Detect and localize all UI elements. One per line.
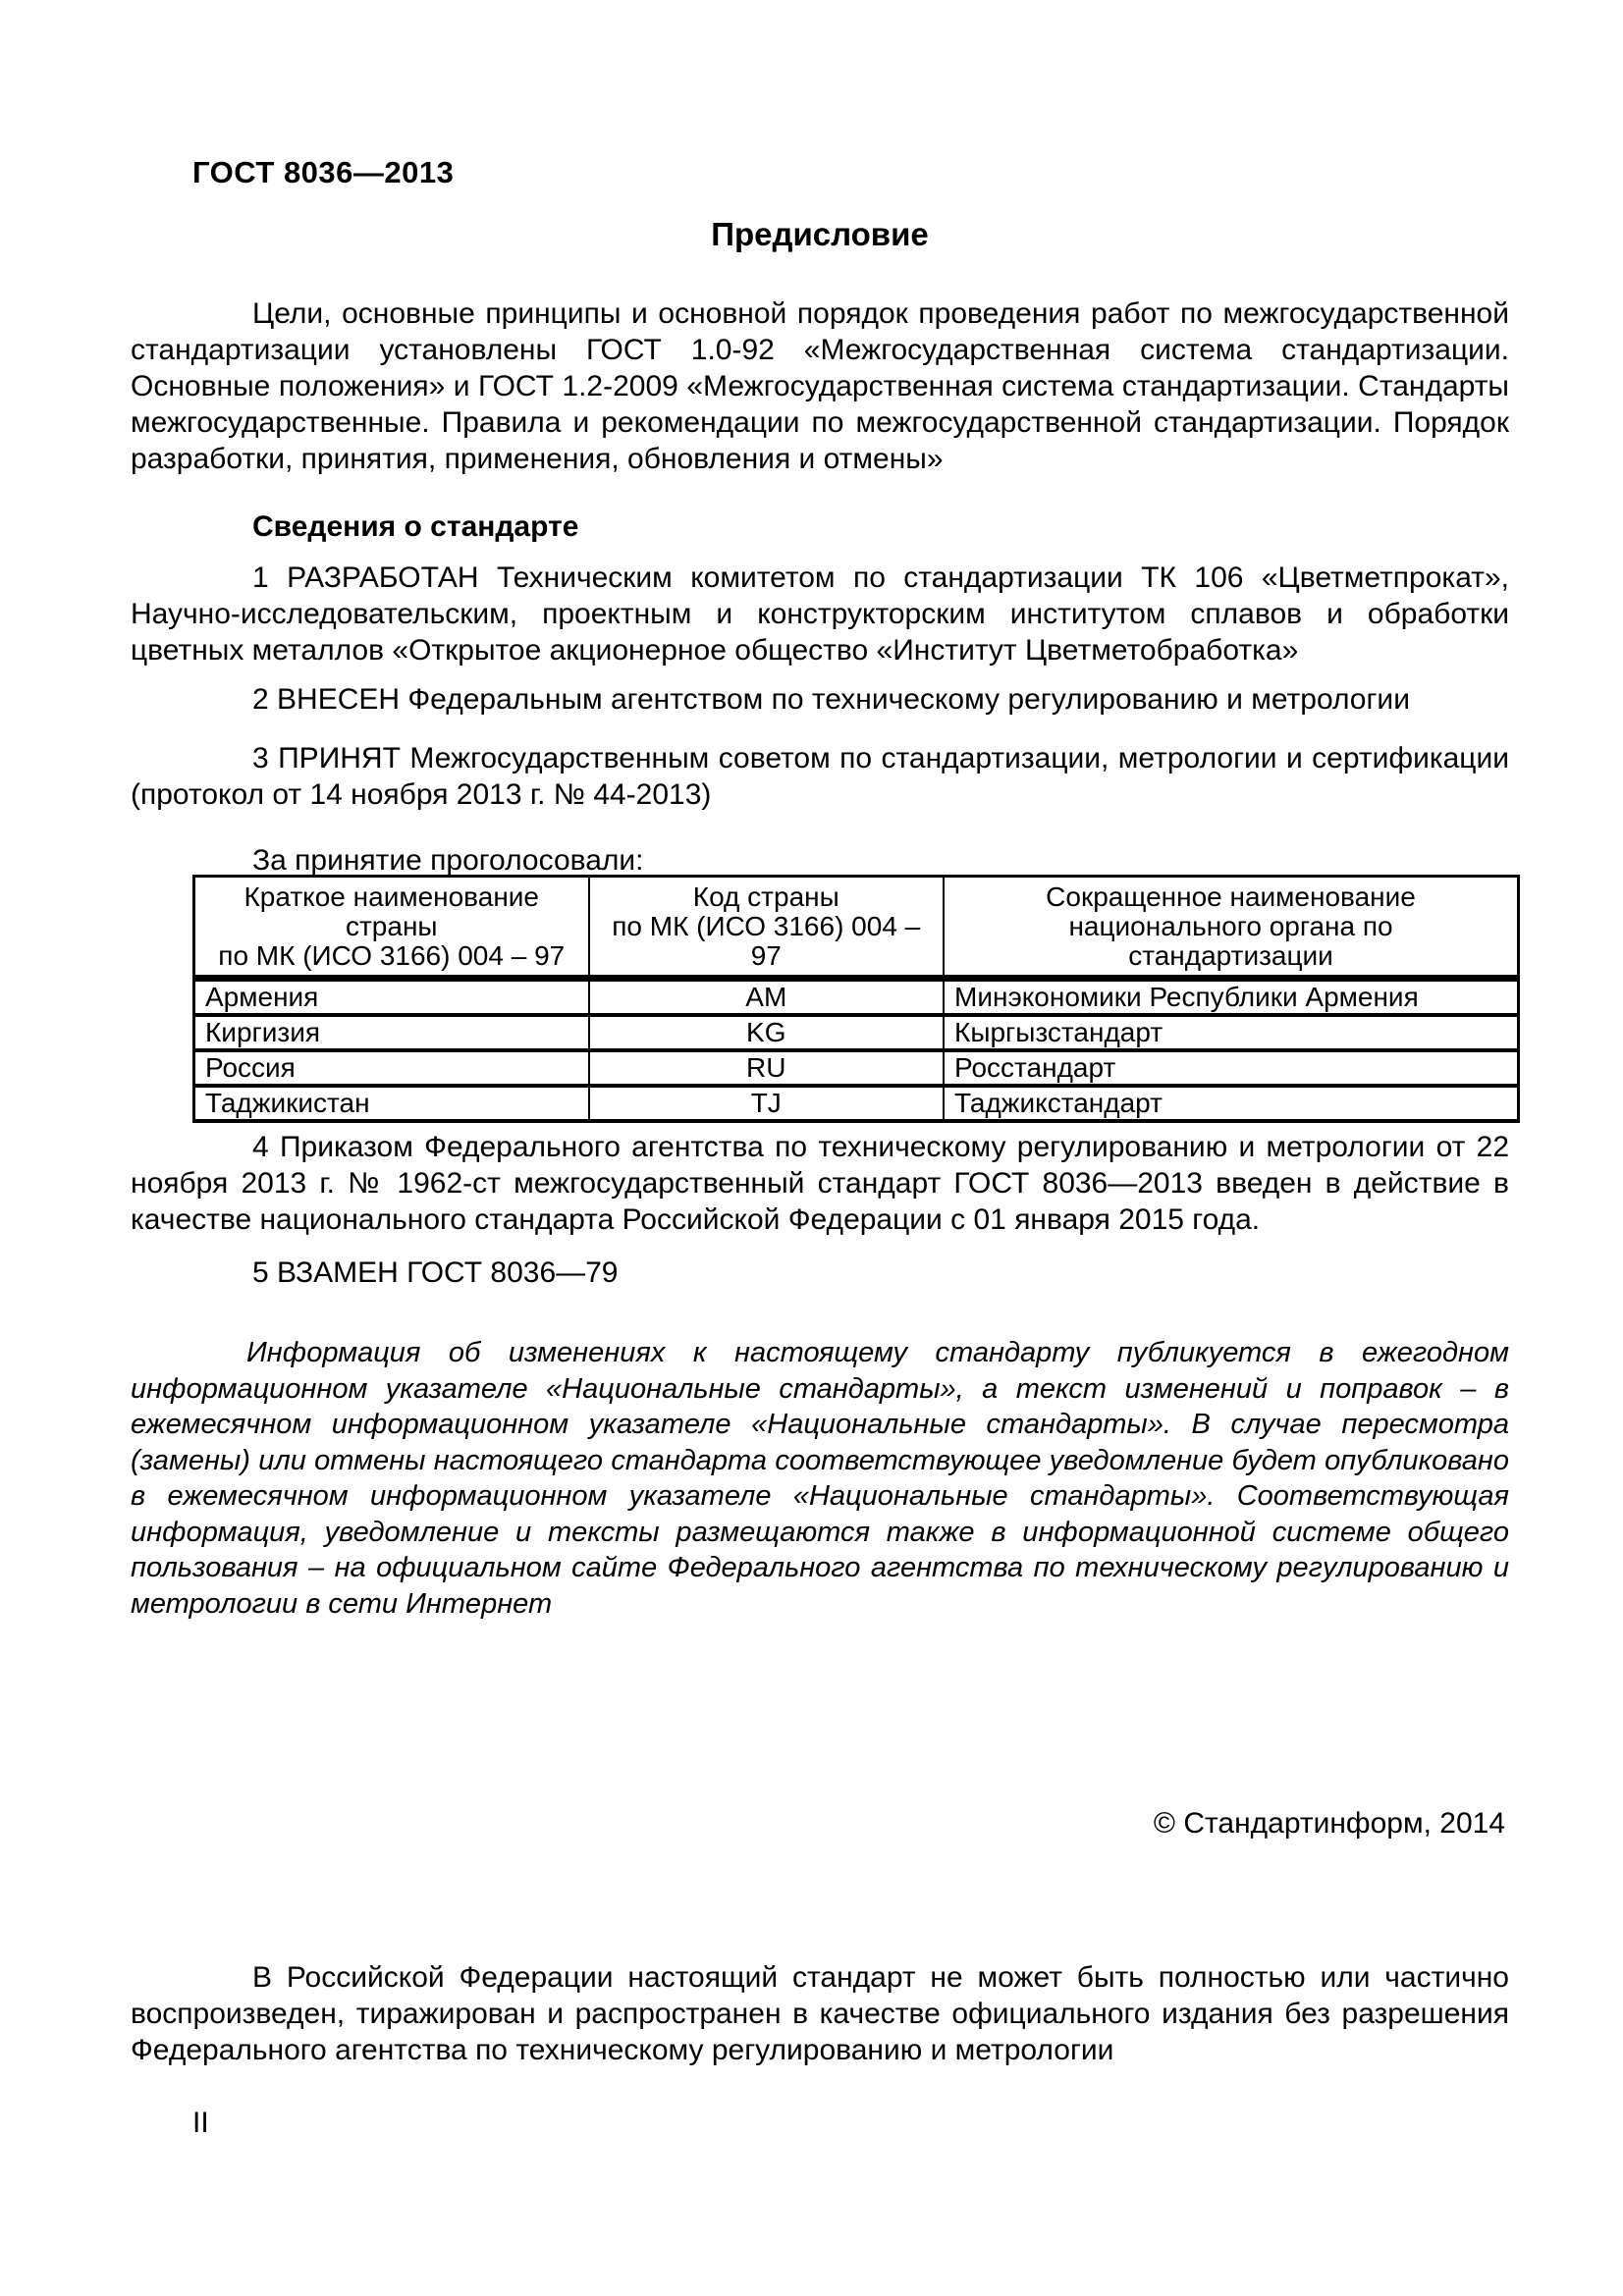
cell-code: TJ xyxy=(589,1086,945,1121)
table-row: Киргизия KG Кыргызстандарт xyxy=(194,1015,1519,1050)
page-number: II xyxy=(192,2107,209,2140)
cell-org: Минэкономики Республики Армения xyxy=(944,979,1518,1016)
copyright-line: © Стандартинформ, 2014 xyxy=(131,1807,1505,1841)
amendments-info-notice: Информация об изменениях к настоящему ст… xyxy=(131,1335,1509,1622)
cell-org: Таджикстандарт xyxy=(944,1086,1518,1121)
cell-country: Армения xyxy=(194,979,589,1016)
reproduction-restriction: В Российской Федерации настоящий стандар… xyxy=(131,1959,1509,2068)
cell-code: AM xyxy=(589,979,945,1016)
vote-table-header-country: Краткое наименование страны по МК (ИСО 3… xyxy=(194,877,589,979)
cell-org: Росстандарт xyxy=(944,1050,1518,1086)
foreword-intro-paragraph: Цели, основные принципы и основной поряд… xyxy=(131,295,1509,477)
vote-table-header-code: Код страны по МК (ИСО 3166) 004 – 97 xyxy=(589,877,945,979)
foreword-item-5: 5 ВЗАМЕН ГОСТ 8036—79 xyxy=(131,1255,1509,1291)
doc-number: ГОСТ 8036—2013 xyxy=(192,155,454,190)
table-row: Таджикистан TJ Таджикстандарт xyxy=(194,1086,1519,1121)
cell-org: Кыргызстандарт xyxy=(944,1015,1518,1050)
cell-country: Киргизия xyxy=(194,1015,589,1050)
vote-table-header-row: Краткое наименование страны по МК (ИСО 3… xyxy=(194,877,1519,979)
document-page: ГОСТ 8036—2013 Предисловие Цели, основны… xyxy=(0,0,1623,2296)
cell-country: Россия xyxy=(194,1050,589,1086)
foreword-item-4: 4 Приказом Федерального агентства по тех… xyxy=(131,1129,1509,1238)
foreword-item-1: 1 РАЗРАБОТАН Техническим комитетом по ст… xyxy=(131,560,1509,668)
table-row: Россия RU Росстандарт xyxy=(194,1050,1519,1086)
vote-caption: За принятие проголосовали: xyxy=(131,842,1509,879)
standard-info-heading: Сведения о стандарте xyxy=(131,508,1509,545)
table-row: Армения AM Минэкономики Республики Армен… xyxy=(194,979,1519,1016)
foreword-item-3: 3 ПРИНЯТ Межгосударственным советом по с… xyxy=(131,740,1509,813)
cell-code: RU xyxy=(589,1050,945,1086)
foreword-item-2: 2 ВНЕСЕН Федеральным агентством по техни… xyxy=(131,681,1509,718)
vote-table-header-org: Сокращенное наименование национального о… xyxy=(944,877,1518,979)
page-title: Предисловие xyxy=(131,216,1509,253)
cell-code: KG xyxy=(589,1015,945,1050)
vote-table: Краткое наименование страны по МК (ИСО 3… xyxy=(192,875,1520,1123)
cell-country: Таджикистан xyxy=(194,1086,589,1121)
